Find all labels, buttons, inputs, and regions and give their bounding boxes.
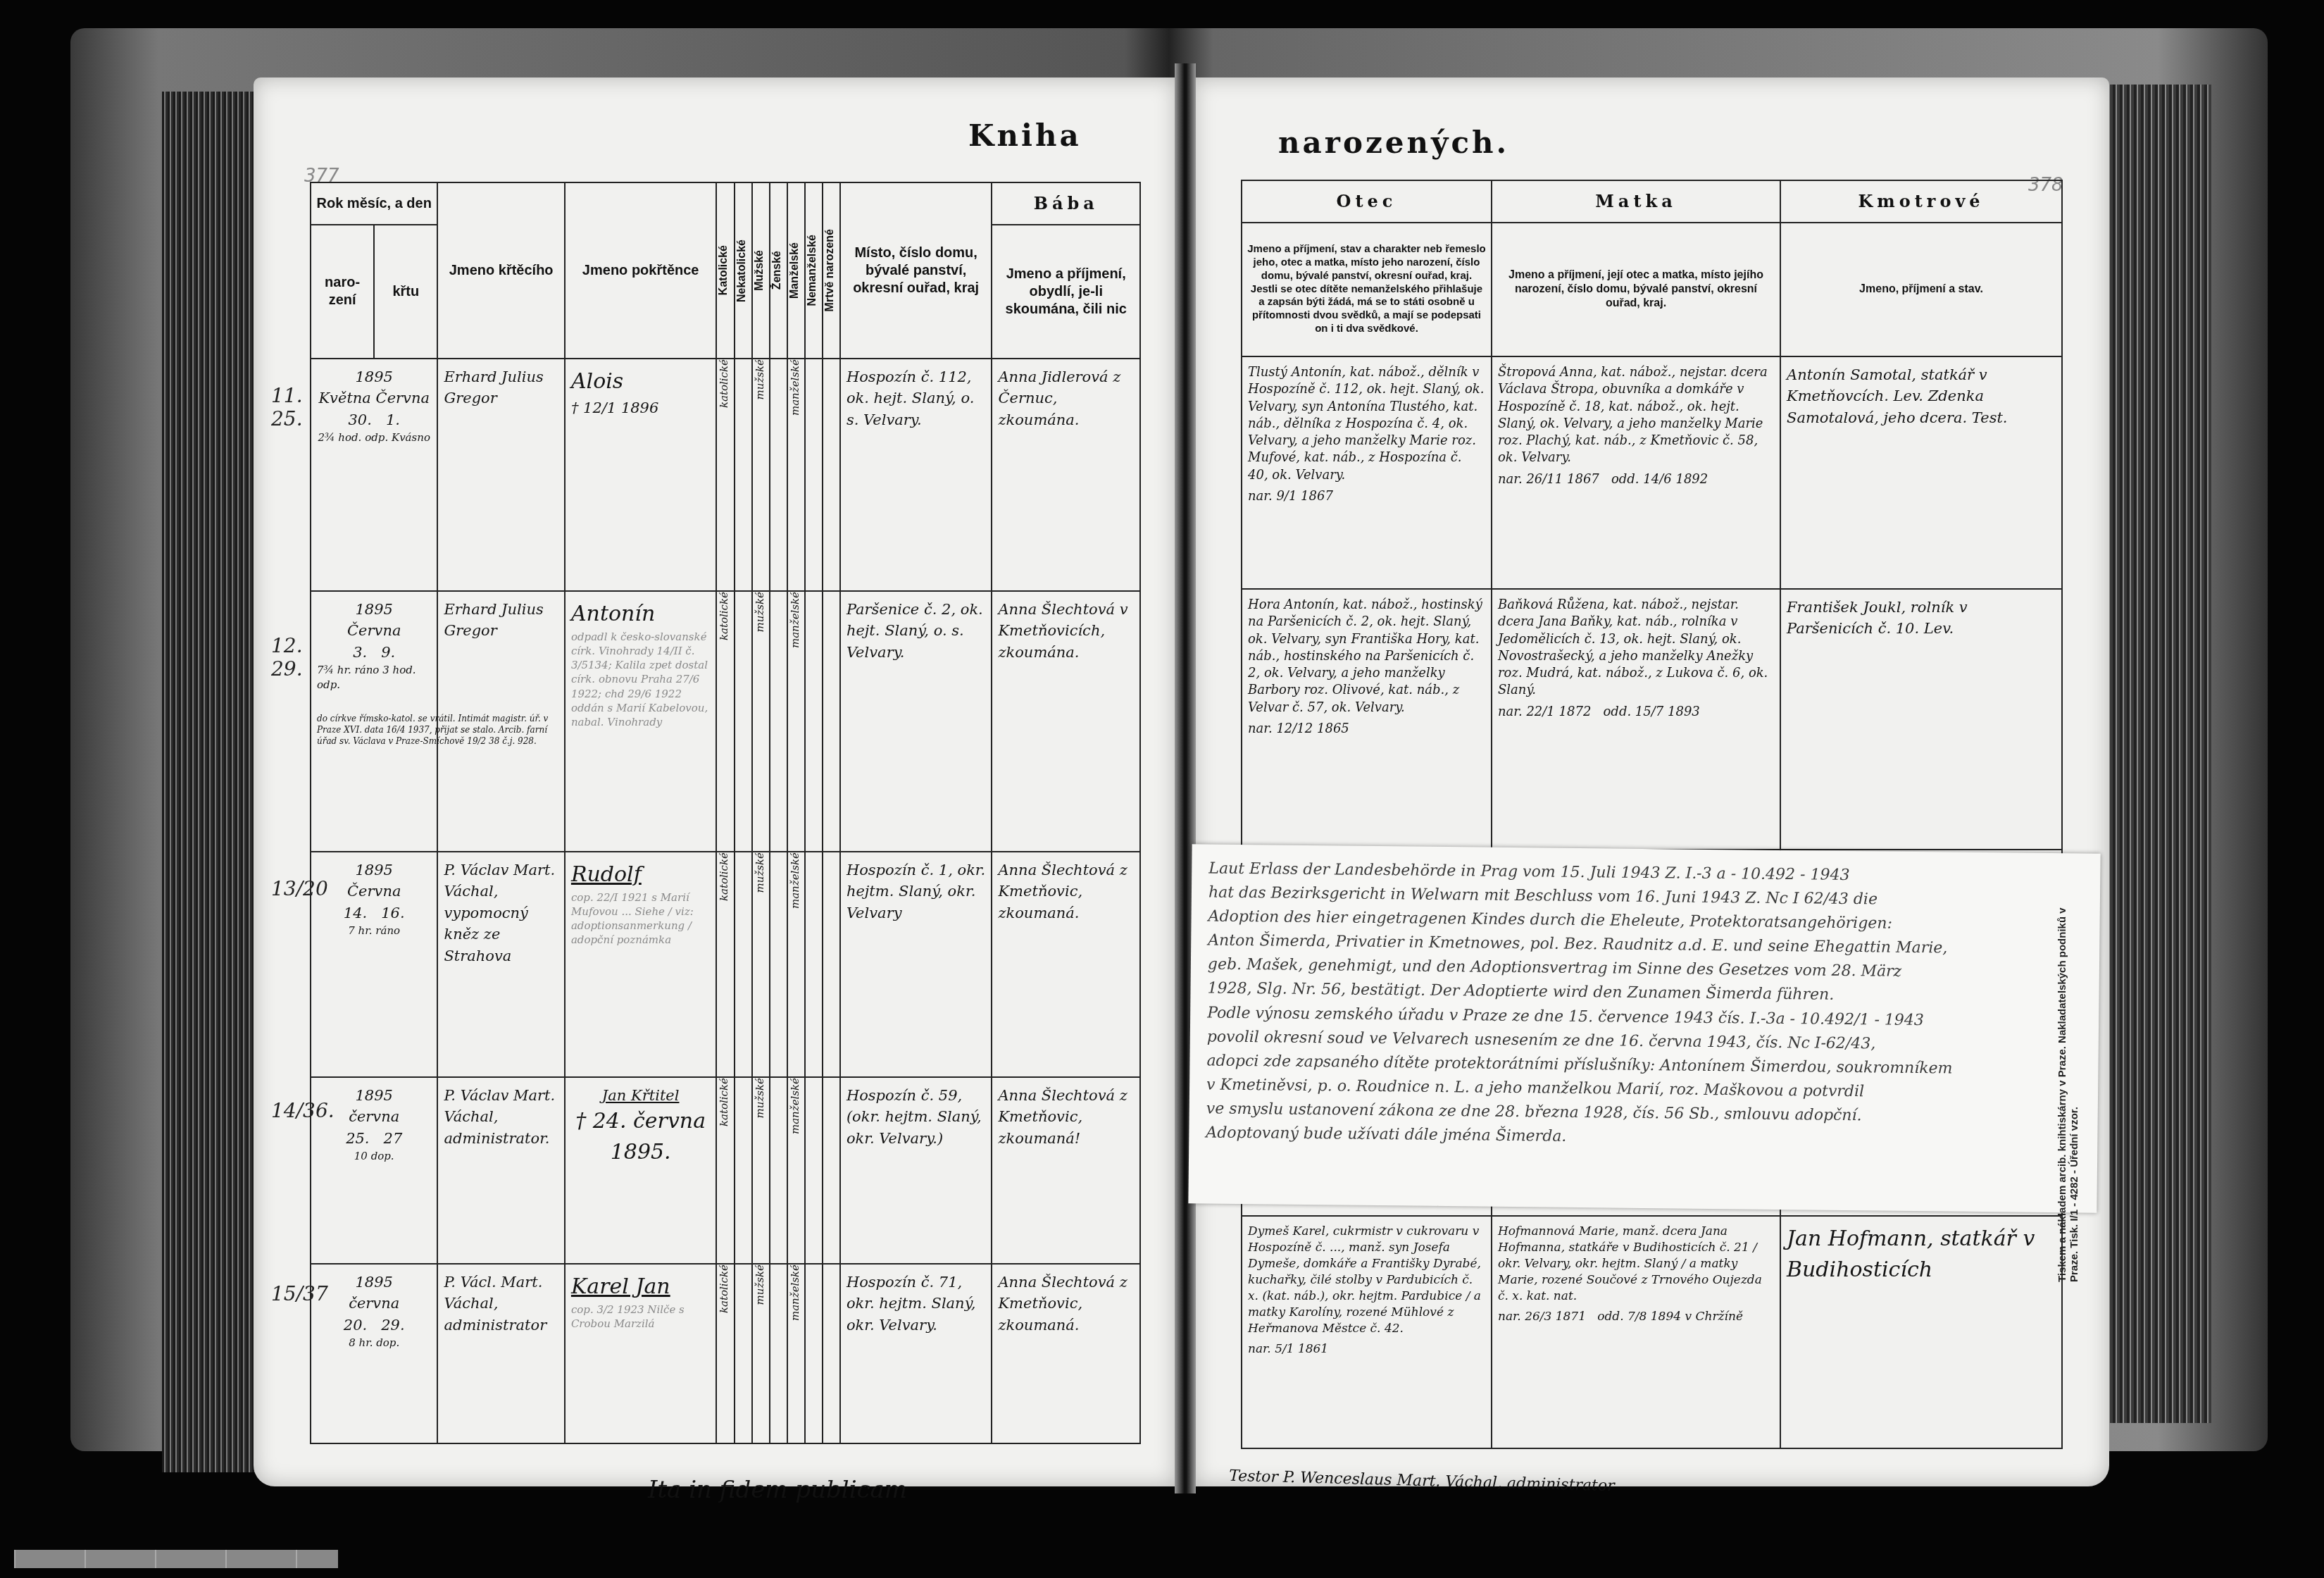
sex: mužské (753, 359, 767, 399)
place: Hospozín č. 1, okr. hejtm. Slaný, okr. V… (840, 852, 992, 1077)
entry-number: 13/20 (271, 877, 306, 900)
legitimacy: manželské (788, 592, 802, 648)
baptism-day: 29. (381, 1317, 404, 1334)
legitimacy: manželské (788, 359, 802, 416)
baptism-day: 9. (381, 644, 395, 661)
year: 1895 (317, 859, 431, 881)
birth-time: 7¾ hr. ráno (317, 664, 379, 676)
baptizer: Erhard Julius Gregor (437, 359, 564, 591)
legitimacy: manželské (788, 1078, 802, 1134)
father-born: nar. 9/1 1867 (1248, 488, 1485, 505)
col-stillborn: Mrtvě narozené (823, 229, 837, 311)
religion: katolické (717, 852, 731, 901)
birth-day: 14. (344, 905, 367, 921)
table-row: Tlustý Antonín, kat. nábož., dělník v Ho… (1242, 356, 2062, 589)
title-left: Kniha (968, 118, 1082, 153)
child-note: cop. 3/2 1923 Nilče s Crobou Marzilá (571, 1303, 711, 1331)
midwife: Anna Šlechtová z Kmetňovic, zkoumaná. (992, 852, 1140, 1077)
baptism-day: 27 (384, 1130, 403, 1147)
birth-time: 7 hr. ráno (317, 924, 431, 938)
child-name: Rudolf (571, 859, 711, 890)
year: 1895 (317, 599, 431, 620)
sex: mužské (753, 852, 767, 893)
birth-time: 2¾ hod. odp. (318, 431, 388, 444)
col-godparents: Jmeno, příjmení a stav. (1780, 223, 2062, 356)
birth-month: června (317, 1293, 431, 1314)
col-illegitimate: Nemanželské (806, 235, 820, 306)
child-name: Jan Křtitel (571, 1085, 711, 1106)
religion: katolické (717, 1265, 731, 1313)
mother: Baňková Růžena, kat. nábož., nejstar. dc… (1498, 597, 1774, 700)
child-note: cop. 22/I 1921 s Marií Mufovou ... Siehe… (571, 890, 711, 948)
entry-number: 11. 25. (271, 384, 306, 430)
col-father-group: Otec (1337, 191, 1397, 211)
printer-imprint: Tiskem a nákladem arcib. knihtiskárny v … (2056, 888, 2085, 1282)
table-row: Dymeš Karel, cukrmistr v cukrovaru v Hos… (1242, 1216, 2062, 1448)
entry-number: 12. 29. (271, 634, 306, 681)
sex: mužské (753, 1078, 767, 1118)
baptism-day: 16. (381, 905, 404, 921)
baptizer: P. Václav Mart. Váchal, administrator. (437, 1077, 564, 1264)
col-birth: naro-zení (311, 225, 374, 359)
page-stack-right (2106, 85, 2211, 1423)
adoption-note-slip: Laut Erlass der Landesbehörde in Prag vo… (1188, 844, 2100, 1212)
father-born: nar. 12/12 1865 (1248, 721, 1485, 738)
child-name: Alois (571, 366, 711, 397)
birth-time: 8 hr. dop. (317, 1336, 431, 1350)
mother-born: nar. 22/1 1872 (1498, 704, 1591, 719)
religion: katolické (717, 592, 731, 640)
child-name: Karel Jan (571, 1272, 711, 1303)
birth-month: Května (318, 390, 370, 406)
col-male: Mužské (753, 250, 767, 291)
col-legitimate: Manželské (788, 242, 802, 299)
birth-day: 20. (344, 1317, 367, 1334)
father: Tlustý Antonín, kat. nábož., dělník v Ho… (1248, 364, 1485, 484)
marriage-date: odd. 14/6 1892 (1611, 472, 1708, 487)
birth-time: 10 dop. (317, 1149, 431, 1163)
book-gutter (1175, 63, 1196, 1493)
table-row: 1895Června14. 16.7 hr. ráno P. Václav Ma… (311, 852, 1140, 1077)
father-born: nar. 5/1 1861 (1248, 1341, 1485, 1358)
col-mother: Jmeno a příjmení, její otec a matka, mís… (1492, 223, 1780, 356)
col-mother-group: Matka (1595, 191, 1676, 211)
godparents: Jan Hofmann, statkář v Budihosticích (1780, 1216, 2062, 1448)
scale-ruler (14, 1550, 338, 1568)
child-note: odpadl k česko-slovanské círk. Vinohrady… (571, 630, 711, 730)
father: Dymeš Karel, cukrmistr v cukrovaru v Hos… (1248, 1224, 1485, 1337)
legitimacy: manželské (788, 1265, 802, 1321)
child-note: † 12/1 1896 (571, 397, 711, 418)
entry-number: 14/36. (271, 1099, 306, 1122)
register-table-left: Rok měsíc, a den Jmeno křtěcího Jmeno po… (310, 182, 1141, 1444)
marriage-date: odd. 7/8 1894 v Chržíně (1597, 1310, 1743, 1324)
mother-born: nar. 26/3 1871 (1498, 1310, 1586, 1324)
title-right: narozených. (1278, 125, 1509, 160)
midwife: Anna Šlechtová z Kmetňovic, zkoumaná. (992, 1264, 1140, 1443)
marriage-date: odd. 15/7 1893 (1604, 704, 1700, 719)
col-place: Místo, číslo domu, bývalé panství, okres… (840, 182, 992, 359)
baptizer: P. Václav Mart. Váchal, vypomocný kněz z… (437, 852, 564, 1077)
birth-day: 25. (346, 1130, 369, 1147)
mother: Štropová Anna, kat. nábož., nejstar. dce… (1498, 364, 1774, 467)
col-baptism: křtu (374, 225, 437, 359)
return-note: do církve římsko-katol. se vrátil. Intim… (317, 713, 549, 747)
religion: katolické (717, 359, 731, 408)
register-table-right: Otec Matka Kmotrové Jmeno a příjmení, st… (1241, 180, 2063, 1449)
table-row: 1895června20. 29.8 hr. dop. P. Václ. Mar… (311, 1264, 1140, 1443)
place: Paršenice č. 2, ok. hejt. Slaný, o. s. V… (840, 591, 992, 852)
baptizer: P. Václ. Mart. Váchal, administrator (437, 1264, 564, 1443)
baptism-month: Června (376, 390, 430, 406)
certification-left: Ita in fidem publicam (648, 1476, 907, 1504)
godparents: František Joukl, rolník v Paršenicích č.… (1780, 589, 2062, 850)
midwife: Anna Šlechtová v Kmetňovicích, zkoumána. (992, 591, 1140, 852)
col-baptized: Jmeno pokřtěnce (565, 182, 717, 359)
col-female: Ženské (770, 251, 785, 290)
year: 1895 (317, 1272, 431, 1293)
col-catholic: Katolické (717, 245, 731, 295)
col-midwife: Jmeno a příjmení, obydlí, je-li skoumána… (992, 225, 1140, 359)
birth-month: června (317, 1106, 431, 1127)
baptism-day: 1. (386, 411, 400, 428)
birth-month: Června (317, 620, 431, 641)
religion: katolické (717, 1078, 731, 1126)
baptism-note: Kvásno (392, 431, 430, 444)
sex: mužské (753, 1265, 767, 1305)
year: 1895 (317, 1085, 431, 1106)
legitimacy: manželské (788, 852, 802, 909)
midwife: Anna Jidlerová z Černuc, zkoumána. (992, 359, 1140, 591)
col-date-group: Rok měsíc, a den (311, 182, 437, 225)
mother: Hofmannová Marie, manž. dcera Jana Hofma… (1498, 1224, 1774, 1305)
page-stack-left (162, 92, 261, 1472)
birth-day: 30. (348, 411, 371, 428)
place: Hospozín č. 71, okr. hejtm. Slaný, okr. … (840, 1264, 992, 1443)
father: Hora Antonín, kat. nábož., hostinský na … (1248, 597, 1485, 716)
birth-day: 3. (353, 644, 367, 661)
col-father: Jmeno a příjmení, stav a charakter neb ř… (1242, 223, 1492, 356)
godparents: Antonín Samotal, statkář v Kmetňovcích. … (1780, 356, 2062, 589)
place: Hospozín č. 112, ok. hejt. Slaný, o. s. … (840, 359, 992, 591)
midwife: Anna Šlechtová z Kmetňovic, zkoumaná! (992, 1077, 1140, 1264)
year: 1895 (317, 366, 431, 387)
child-note: † 24. června 1895. (571, 1106, 711, 1167)
table-row: Hora Antonín, kat. nábož., hostinský na … (1242, 589, 2062, 850)
place: Hospozín č. 59, (okr. hejtm. Slaný, okr.… (840, 1077, 992, 1264)
table-row: 1895června25. 2710 dop. P. Václav Mart. … (311, 1077, 1140, 1264)
table-row: 1895Června3. 9.7¾ hr. ráno 3 hod. odp.do… (311, 591, 1140, 852)
entry-number: 15/37 (271, 1282, 306, 1305)
birth-month: Června (317, 881, 431, 902)
col-godparents-group: Kmotrové (1858, 191, 1984, 211)
child-name: Antonín (571, 599, 711, 630)
sex: mužské (753, 592, 767, 632)
col-non-catholic: Nekatolické (735, 240, 749, 302)
col-baptizer: Jmeno křtěcího (437, 182, 564, 359)
col-midwife-group: Bába (1034, 193, 1099, 213)
table-row: 1895Května Června30. 1.2¾ hod. odp. Kvás… (311, 359, 1140, 591)
mother-born: nar. 26/11 1867 (1498, 472, 1599, 487)
